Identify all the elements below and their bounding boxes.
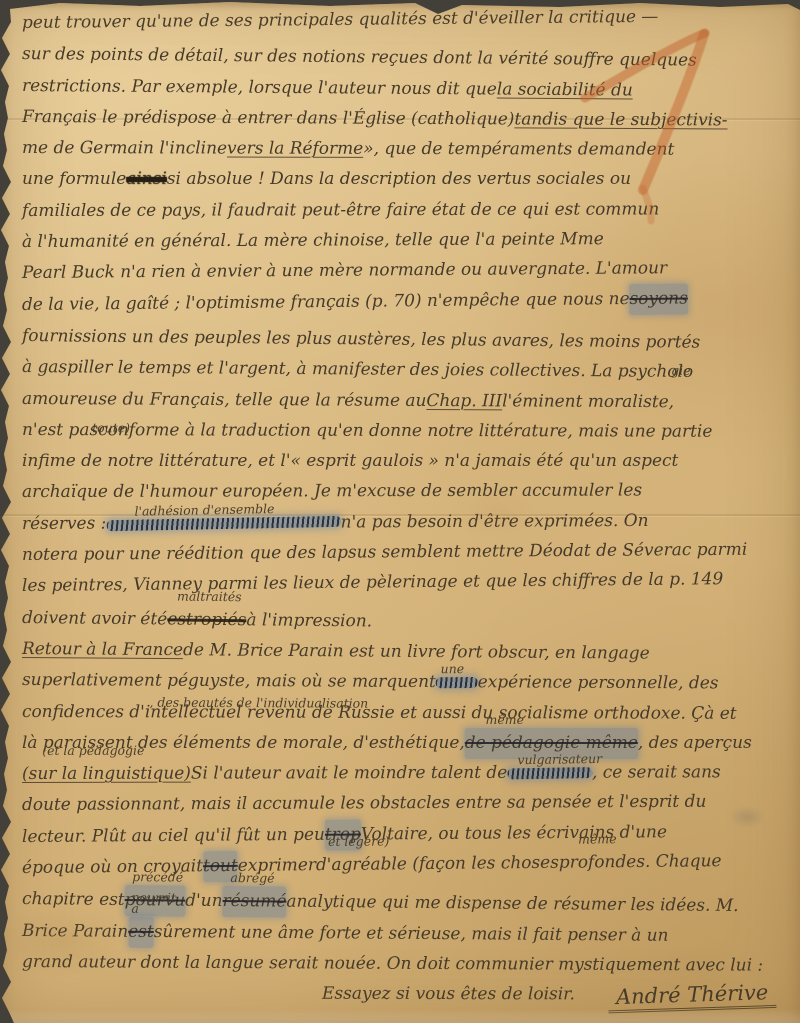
text-segment: Chap. III (426, 386, 502, 418)
text-segment: une formule (22, 164, 126, 195)
text-segment: superlativement péguyste, mais où se mar… (22, 665, 436, 698)
text-segment: à l'impression. (246, 605, 372, 638)
text-segment: lecteur. Plût au ciel qu'il fût un peu (22, 819, 325, 853)
interlinear-insertion: (et la pédagogie (42, 745, 144, 757)
text-segment: d'un (185, 886, 223, 918)
manuscript-line: n'est pas toute)conforme à la traduction… (22, 415, 790, 448)
manuscript-line: superlativement péguyste, mais où se mar… (22, 665, 790, 700)
interlinear-insertion: nourrit (131, 891, 176, 903)
text-segment: Si l'auteur avait le moindre talent de (191, 758, 507, 790)
text-segment: conforme à la traduction qu'en donne not… (98, 415, 712, 448)
interlinear-insertion: abrégé (230, 872, 274, 884)
text-segment: confidences d'intellectuel revenu de Rus… (22, 697, 737, 730)
text-segment: l'éminent moraliste, (502, 386, 674, 418)
interlinear-insertion: l'adhésion d'ensemble (134, 503, 274, 518)
text-segment: n'a pas besoin d'être exprimées. On (341, 506, 649, 539)
manuscript-line: confidences d'intellectuel revenu de Rus… (22, 697, 790, 730)
text-segment: profondes. Chaquemême (559, 846, 722, 879)
interlinear-insertion: vulgarisateur (517, 753, 602, 766)
interlinear-insertion: même (486, 714, 524, 726)
interlinear-insertion: précédé (132, 871, 183, 883)
text-segment: tandis que le subjectivis- (514, 104, 727, 136)
text-segment: analytique qui me dispense de résumer le… (286, 887, 738, 923)
manuscript-line: familiales de ce pays, il faudrait peut-… (22, 194, 790, 227)
text-segment: , ce serait sans (592, 757, 721, 789)
text-segment: la sociabilité du (497, 74, 633, 106)
scribbled-out-text: l'adhésion d'ensemble (106, 516, 340, 531)
manuscript-line: peut trouver qu'une de ses principales q… (22, 0, 790, 39)
text-segment: doivent avoir été (22, 603, 168, 636)
scribbled-out-text: une (436, 677, 478, 688)
text-segment: me de Germain l'incline (22, 133, 227, 165)
text-segment: , des aperçus (638, 728, 752, 759)
text-segment: à gaspiller le temps et l'argent, à mani… (22, 352, 693, 388)
closing-line: Essayez si vous êtes de loisir. (322, 979, 575, 1011)
manuscript-line: me de Germain l'incline vers la Réforme … (22, 133, 790, 166)
text-segment: », que de tempéraments demandent (363, 134, 674, 166)
text-segment: expérience personnelle, des (478, 667, 719, 699)
text-segment: Brice Parain (22, 916, 128, 948)
text-segment: résuméabrégé (222, 886, 286, 918)
text-segment: ainsi (126, 164, 167, 195)
text-segment: si absolue ! Dans la description des ver… (167, 164, 631, 195)
text-segment: familiales de ce pays, il faudrait peut-… (22, 194, 659, 227)
text-segment: chapitre est (22, 884, 125, 916)
text-segment: à l'humanité en général. La mère chinois… (22, 224, 604, 258)
interlinear-insertion: même (578, 833, 617, 845)
text-segment: (sur la linguistique)(et la pédagogie (22, 759, 191, 791)
text-segment: vers la Réforme (227, 134, 363, 166)
text-segment: Français le prédispose à entrer dans l'É… (22, 102, 515, 136)
text-segment: estanourrit (128, 916, 154, 947)
text-segment: grand auteur dont la langue serait nouée… (22, 947, 763, 982)
text-segment: archaïque de l'humour européen. Je m'exc… (22, 476, 642, 509)
manuscript-line: les peintres, Vianney parmi les lieux de… (22, 564, 790, 603)
interlinear-insertion: maltraités (177, 590, 242, 603)
text-segment: estropiésmaltraités (167, 604, 246, 636)
text-segment: façon les choses (419, 848, 559, 881)
text-segment: de M. Brice Parain est un livre fort obs… (183, 635, 650, 670)
signature: André Thérive (607, 977, 776, 1014)
manuscript-line: Essayez si vous êtes de loisir.André Thé… (22, 978, 792, 1011)
text-segment: Retour à la France (22, 634, 183, 666)
text-segment: soyons (629, 283, 688, 315)
interlinear-insertion: gie (671, 365, 690, 377)
text-segment: n'est pas (22, 415, 98, 446)
scribbled-out-text: vulgarisateur (507, 767, 592, 779)
text-segment: d'agréable (et légère) (316, 849, 419, 881)
manuscript-line: Français le prédispose à entrer dans l'É… (22, 102, 790, 137)
manuscript-line: infime de notre littérature, et l'« espr… (22, 446, 790, 477)
text-segment: sûrement une âme forte et sérieuse, mais… (154, 917, 669, 952)
text-segment: amoureuse du Français, telle que la résu… (22, 384, 427, 417)
manuscript-line: de la vie, la gaîté ; l'optimisme frança… (22, 282, 790, 321)
text-segment: restrictions. Par exemple, lorsque l'aut… (22, 71, 497, 106)
text-segment: de la vie, la gaîté ; l'optimisme frança… (22, 284, 630, 321)
interlinear-insertion: et légère) (328, 835, 389, 848)
interlinear-insertion: une (441, 663, 465, 675)
text-segment: peut trouver qu'une de ses principales q… (22, 2, 659, 40)
manuscript-line: une formule ainsi si absolue ! Dans la d… (22, 164, 790, 195)
text-segment: réserves : (22, 508, 107, 540)
manuscript-line: amoureuse du Français, telle que la résu… (22, 384, 790, 419)
manuscript-paper: peut trouver qu'une de ses principales q… (0, 0, 800, 1023)
text-segment: doute passionnant, mais il accumule les … (22, 787, 707, 822)
text-segment: les peintres, Vianney parmi les lieux de… (22, 564, 724, 602)
manuscript-line: grand auteur dont la langue serait nouée… (22, 947, 790, 982)
manuscript-lines: peut trouver qu'une de ses principales q… (22, 8, 792, 1023)
manuscript-line: (sur la linguistique)(et la pédagogie Si… (22, 757, 790, 790)
text-segment: Voltaire, ou tous les écrivains d'une (361, 817, 667, 851)
text-segment: infime de notre littérature, et l'« espr… (22, 446, 678, 477)
manuscript-photo: peut trouver qu'une de ses principales q… (0, 0, 800, 1023)
